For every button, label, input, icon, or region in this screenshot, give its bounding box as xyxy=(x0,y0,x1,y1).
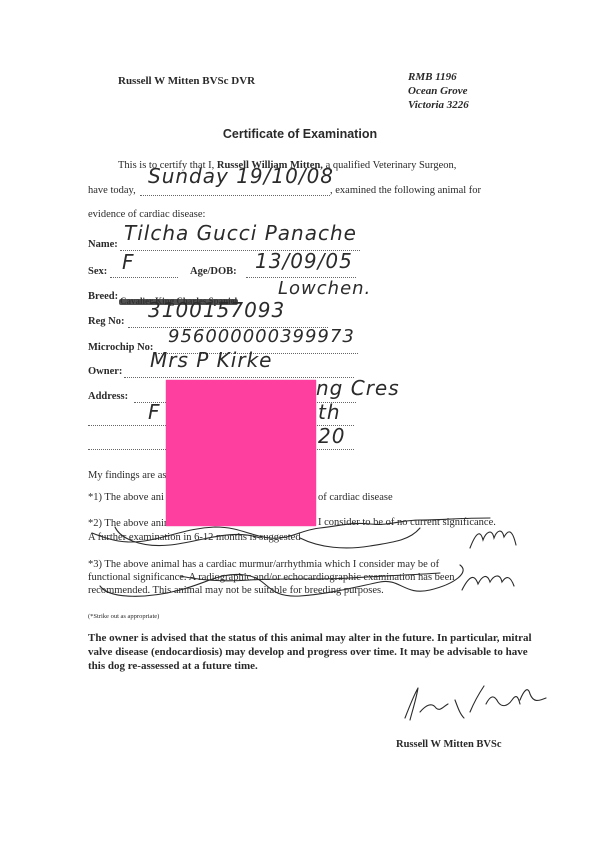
sex-line xyxy=(110,277,178,278)
reg-no-label: Reg No: xyxy=(88,316,124,327)
signatory-name: Russell W Mitten BVSc xyxy=(396,739,502,750)
age-dob-label: Age/DOB: xyxy=(190,266,237,277)
address-line-2: Ocean Grove xyxy=(408,84,469,98)
signature xyxy=(405,686,546,720)
finding-3-line3: recommended. This animal may not be suit… xyxy=(88,584,384,597)
strike-out-footnote: (*Strike out as appropriate) xyxy=(88,613,159,620)
redaction-sticky-note xyxy=(166,380,316,526)
document-title: Certificate of Examination xyxy=(0,127,600,141)
vet-name-header: Russell W Mitten BVSc DVR xyxy=(118,75,255,87)
address-line-1: RMB 1196 xyxy=(408,70,469,84)
owner-value: Mrs P Kirke xyxy=(150,348,272,372)
intro-line-2-post: , examined the following animal for xyxy=(330,185,481,196)
address-value-line1: ng Cres xyxy=(316,376,400,400)
name-label: Name: xyxy=(88,239,118,250)
breed-label: Breed: xyxy=(88,291,118,302)
owner-label: Owner: xyxy=(88,366,122,377)
finding-2-line2: A further examination in 6-12 months is … xyxy=(88,531,301,544)
address-line-3: Victoria 3226 xyxy=(408,98,469,112)
microchip-label: Microchip No: xyxy=(88,342,153,353)
findings-intro: My findings are as xyxy=(88,469,166,482)
intro-post: a qualified Veterinary Surgeon, xyxy=(326,160,457,171)
initials-1 xyxy=(470,531,516,548)
microchip-value: 956000000399973 xyxy=(168,326,355,347)
breed-value: Lowchen. xyxy=(278,278,371,299)
finding-1-right: of cardiac disease xyxy=(318,491,393,504)
reg-no-value: 3100157093 xyxy=(148,298,285,322)
address-value-line2-right: th xyxy=(318,400,341,424)
exam-date-handwritten: Sunday 19/10/08 xyxy=(148,164,334,188)
date-field-line xyxy=(140,195,330,196)
age-dob-value: 13/09/05 xyxy=(255,249,353,273)
address-label: Address: xyxy=(88,391,128,402)
intro-line-2-pre: have today, xyxy=(88,185,136,196)
finding-2-line1-right: I consider to be of no current significa… xyxy=(318,516,496,529)
vet-address-header: RMB 1196 Ocean Grove Victoria 3226 xyxy=(408,70,469,112)
address-value-line3: 20 xyxy=(318,424,345,448)
sex-value: F xyxy=(122,250,135,274)
animal-name-value: Tilcha Gucci Panache xyxy=(124,221,357,245)
address-value-line2-left: F xyxy=(148,400,161,424)
initials-2 xyxy=(462,576,514,590)
intro-line-3: evidence of cardiac disease: xyxy=(88,209,205,220)
sex-label: Sex: xyxy=(88,266,107,277)
finding-3-line2: functional significance. A radiographic … xyxy=(88,571,455,584)
finding-1-left: *1) The above ani xyxy=(88,491,164,504)
owner-advice-paragraph: The owner is advised that the status of … xyxy=(88,631,538,673)
finding-3-line1: *3) The above animal has a cardiac murmu… xyxy=(88,558,439,571)
